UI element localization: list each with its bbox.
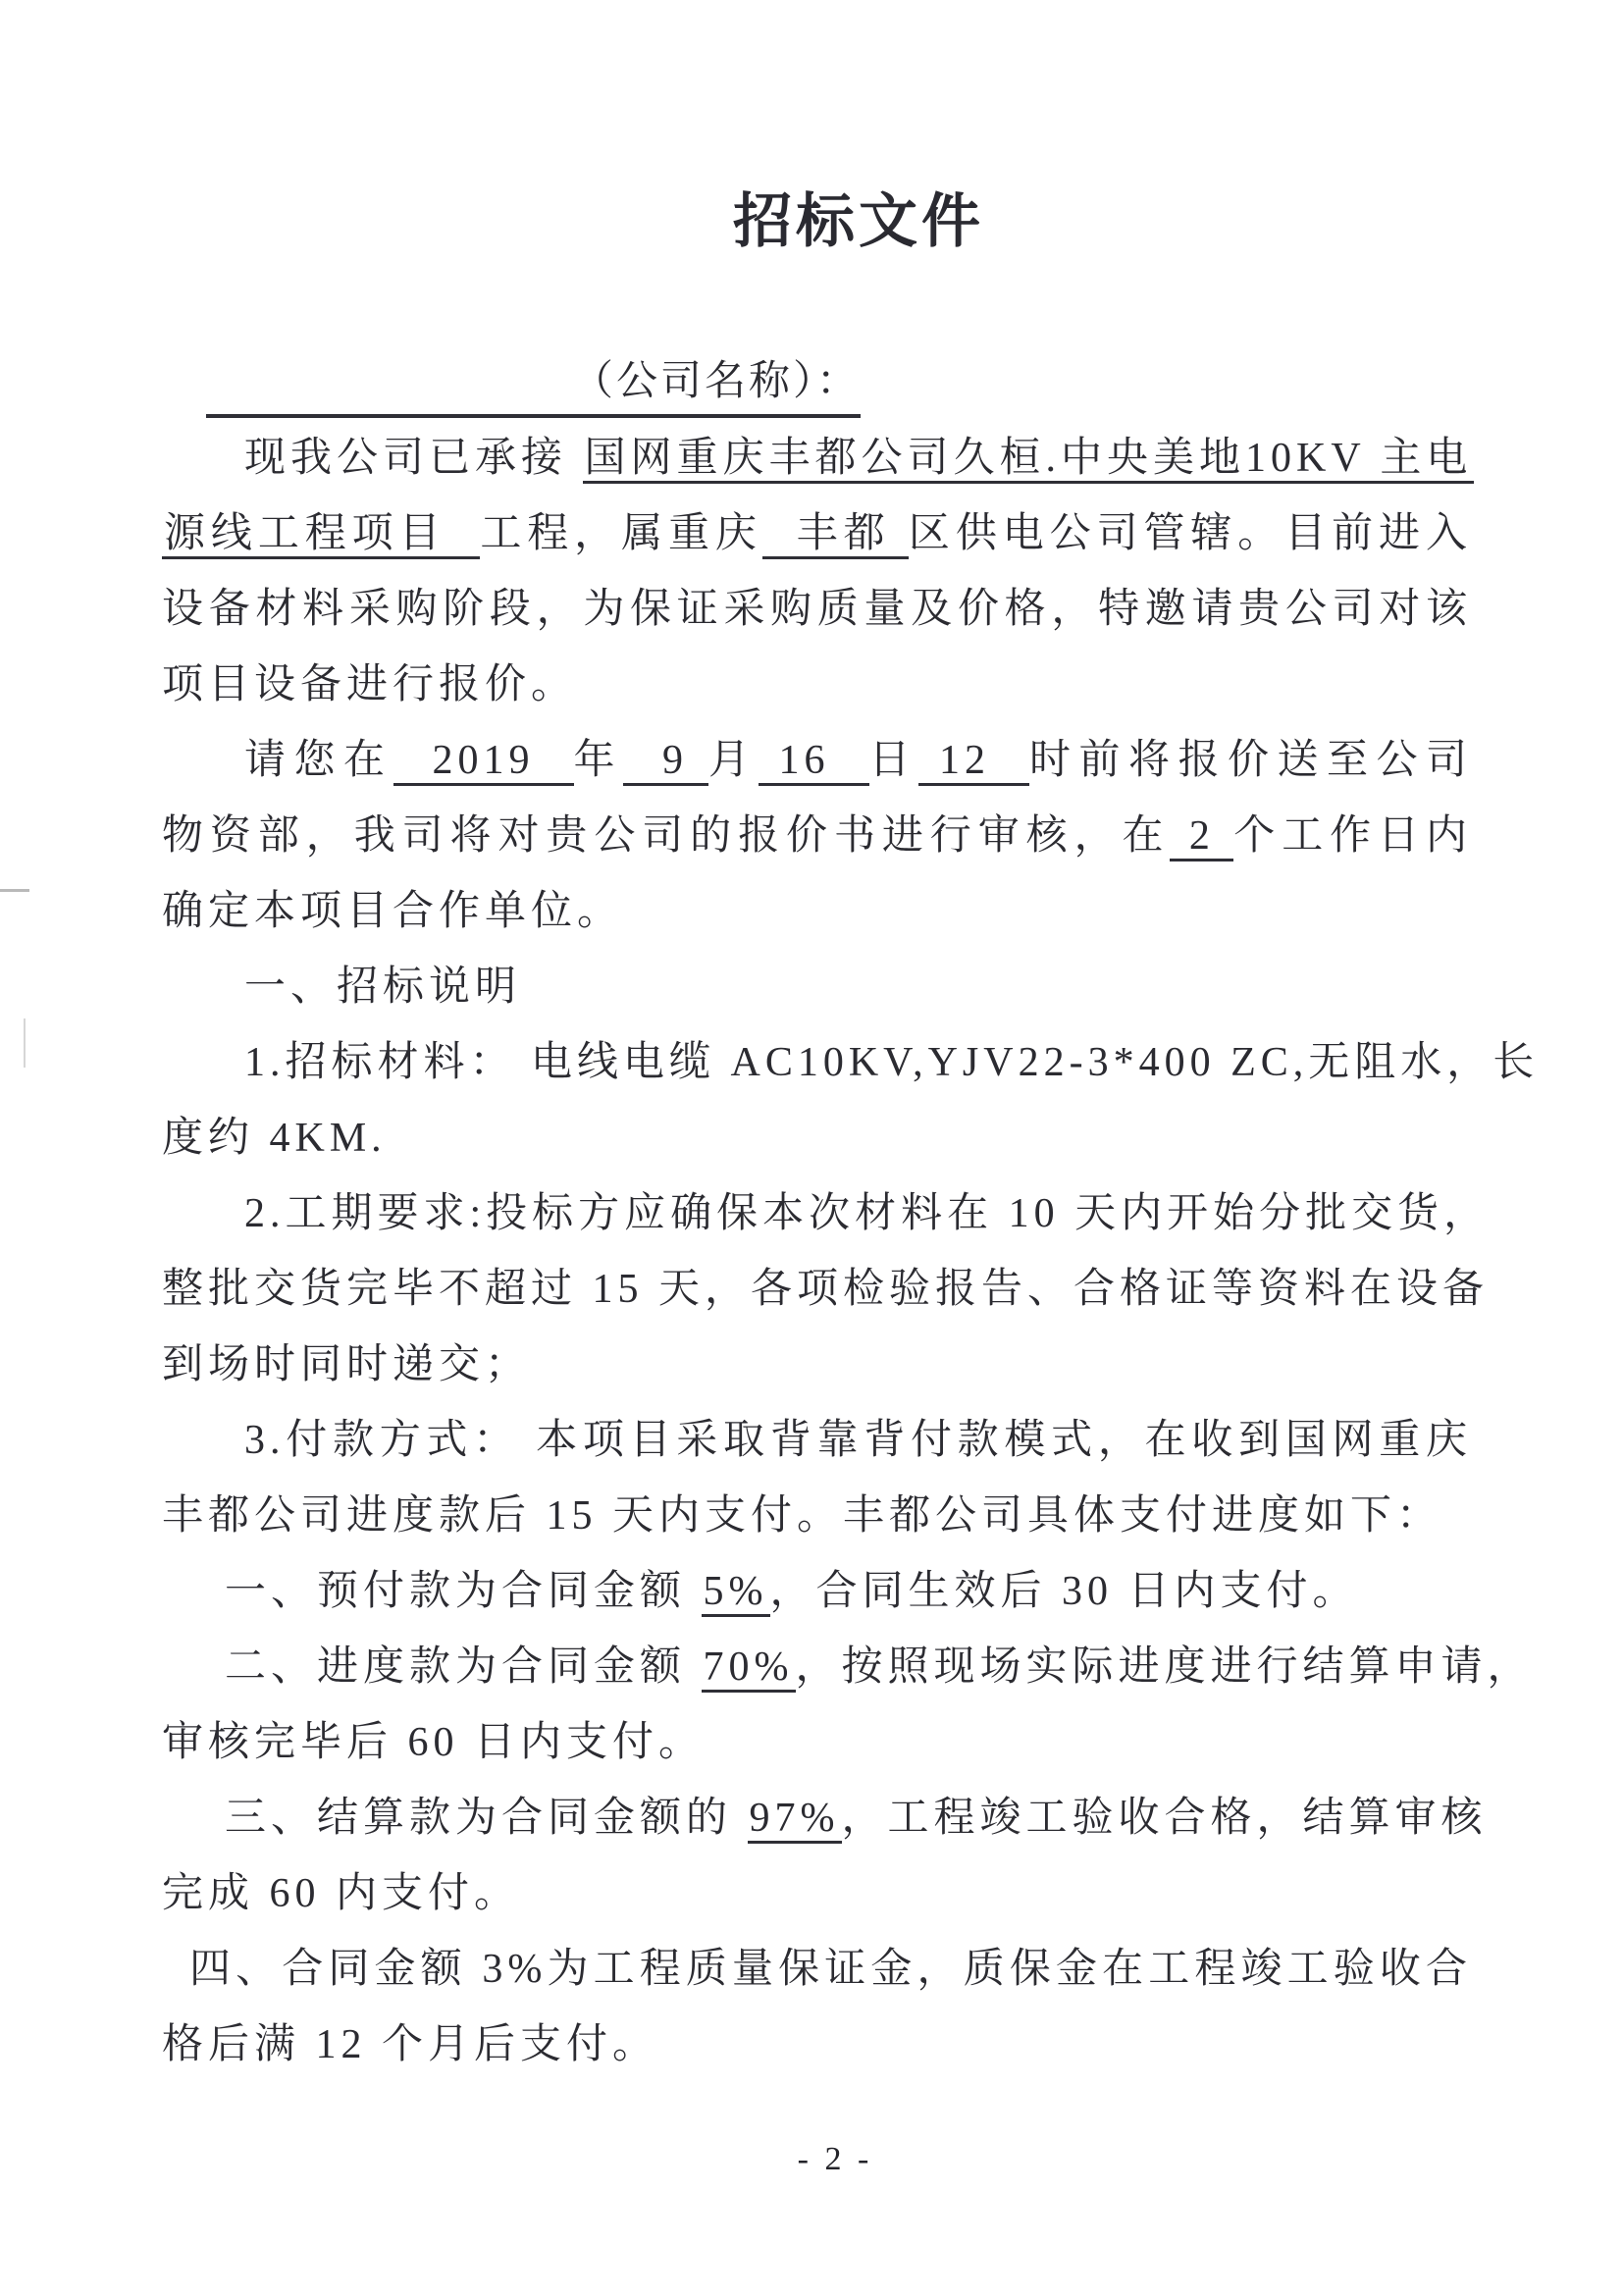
- text-segment: 现我公司已承接: [244, 436, 583, 481]
- text-segment: 一、招标说明: [244, 965, 521, 1010]
- doc-line: 格后满 12 个月后支付。: [162, 2008, 1472, 2083]
- doc-line: 丰都公司进度款后 15 天内支付。丰都公司具体支付进度如下：: [162, 1479, 1472, 1554]
- fill-in-blank: 源线工程项目: [162, 511, 480, 559]
- text-segment: 一、预付款为合同金额: [225, 1569, 702, 1614]
- doc-line: 度约 4KM.: [162, 1101, 1472, 1176]
- text-segment: 到场时同时递交；: [162, 1342, 531, 1387]
- text-segment: 2.工期要求:投标方应确保本次材料在 10 天内开始分批交货，: [244, 1191, 1490, 1236]
- text-segment: 确定本项目合作单位。: [162, 889, 623, 934]
- fill-in-blank: 国网重庆丰都公司久桓.中央美地10KV 主电: [583, 436, 1475, 484]
- doc-line: 三、结算款为合同金额的 97%，工程竣工验收合格，结算审核: [162, 1781, 1472, 1856]
- fill-in-blank: 丰都: [762, 511, 909, 559]
- text-segment: 审核完毕后 60 日内支付。: [162, 1720, 705, 1765]
- fill-in-blank: 5%: [702, 1569, 770, 1617]
- text-segment: 完成 60 内支付。: [162, 1871, 520, 1916]
- doc-line: 一、预付款为合同金额 5%，合同生效后 30 日内支付。: [162, 1554, 1472, 1630]
- company-name-blank: （公司名称）：: [206, 345, 861, 418]
- doc-line: 整批交货完毕不超过 15 天，各项检验报告、合格证等资料在设备: [162, 1252, 1472, 1328]
- text-segment: 年: [574, 738, 624, 783]
- text-segment: 月: [708, 738, 759, 783]
- text-segment: 个工作日内: [1233, 813, 1472, 859]
- fill-in-blank: 16: [759, 738, 869, 786]
- doc-line: 到场时同时递交；: [162, 1328, 1472, 1403]
- page-number: - 2 -: [24, 2141, 1623, 2178]
- text-segment: 三、结算款为合同金额的: [225, 1796, 748, 1841]
- scan-artifact-vertical: [24, 1018, 26, 1068]
- fill-in-blank: 9: [623, 738, 708, 786]
- doc-line: 3.付款方式： 本项目采取背靠背付款模式，在收到国网重庆: [162, 1403, 1472, 1479]
- text-segment: ，合同生效后 30 日内支付。: [770, 1569, 1359, 1614]
- doc-line: 项目设备进行报价。: [162, 648, 1472, 723]
- doc-line: 四、合同金额 3%为工程质量保证金，质保金在工程竣工验收合: [162, 1932, 1472, 2008]
- text-segment: 时前将报价送至公司: [1029, 738, 1472, 783]
- doc-line: 一、招标说明: [162, 950, 1472, 1025]
- doc-line: 源线工程项目 工程，属重庆 丰都 区供电公司管辖。目前进入: [162, 496, 1472, 572]
- salutation-line: （公司名称）：: [162, 345, 1472, 421]
- text-segment: 度约 4KM.: [162, 1116, 387, 1161]
- text-segment: 丰都公司进度款后 15 天内支付。丰都公司具体支付进度如下：: [162, 1493, 1442, 1539]
- fill-in-blank: 12: [918, 738, 1029, 786]
- document-page: 招标文件 （公司名称）： 现我公司已承接 国网重庆丰都公司久桓.中央美地10KV…: [0, 0, 1623, 2296]
- doc-line: 确定本项目合作单位。: [162, 874, 1472, 950]
- doc-line: 二、进度款为合同金额 70%，按照现场实际进度进行结算申请，: [162, 1630, 1472, 1705]
- document-title: 招标文件: [47, 175, 1623, 259]
- doc-line: 1.招标材料： 电线电缆 AC10KV,YJV22-3*400 ZC,无阻水，长: [162, 1025, 1472, 1101]
- doc-line: 完成 60 内支付。: [162, 1856, 1472, 1932]
- text-segment: 1.招标材料： 电线电缆 AC10KV,YJV22-3*400 ZC,无阻水，长: [244, 1040, 1539, 1085]
- doc-line: 2.工期要求:投标方应确保本次材料在 10 天内开始分批交货，: [162, 1176, 1472, 1252]
- doc-line: 设备材料采购阶段，为保证采购质量及价格，特邀请贵公司对该: [162, 572, 1472, 648]
- text-segment: ，按照现场实际进度进行结算申请，: [796, 1644, 1534, 1690]
- fill-in-blank: 2019: [393, 738, 574, 786]
- text-segment: 设备材料采购阶段，为保证采购质量及价格，特邀请贵公司对该: [162, 587, 1472, 632]
- text-segment: 整批交货完毕不超过 15 天，各项检验报告、合格证等资料在设备: [162, 1267, 1489, 1312]
- fill-in-blank: 2: [1170, 813, 1233, 861]
- text-segment: ，工程竣工验收合格，结算审核: [842, 1796, 1488, 1841]
- document-lines: 现我公司已承接 国网重庆丰都公司久桓.中央美地10KV 主电源线工程项目 工程，…: [162, 421, 1472, 2083]
- doc-line: 审核完毕后 60 日内支付。: [162, 1705, 1472, 1781]
- text-segment: 请您在: [244, 738, 393, 783]
- text-segment: 工程，属重庆: [480, 511, 762, 556]
- salutation-label: （公司名称）：: [572, 359, 861, 404]
- fill-in-blank: 97%: [748, 1796, 842, 1844]
- text-segment: 区供电公司管辖。目前进入: [909, 511, 1472, 556]
- text-segment: 物资部，我司将对贵公司的报价书进行审核，在: [162, 813, 1170, 859]
- doc-line: 物资部，我司将对贵公司的报价书进行审核，在 2 个工作日内: [162, 799, 1472, 874]
- doc-line: 现我公司已承接 国网重庆丰都公司久桓.中央美地10KV 主电: [162, 421, 1472, 496]
- doc-line: 请您在 2019 年 9 月 16 日 12 时前将报价送至公司: [162, 723, 1472, 799]
- text-segment: 格后满 12 个月后支付。: [162, 2022, 658, 2067]
- text-segment: 四、合同金额 3%为工程质量保证金，质保金在工程竣工验收合: [189, 1947, 1472, 1992]
- document-body: （公司名称）： 现我公司已承接 国网重庆丰都公司久桓.中央美地10KV 主电源线…: [162, 345, 1472, 2083]
- fill-in-blank: 70%: [702, 1644, 796, 1693]
- text-segment: 日: [869, 738, 919, 783]
- scan-artifact-horizontal: [0, 889, 29, 892]
- text-segment: 3.付款方式： 本项目采取背靠背付款模式，在收到国网重庆: [244, 1418, 1472, 1463]
- text-segment: 二、进度款为合同金额: [225, 1644, 702, 1690]
- text-segment: 项目设备进行报价。: [162, 662, 577, 707]
